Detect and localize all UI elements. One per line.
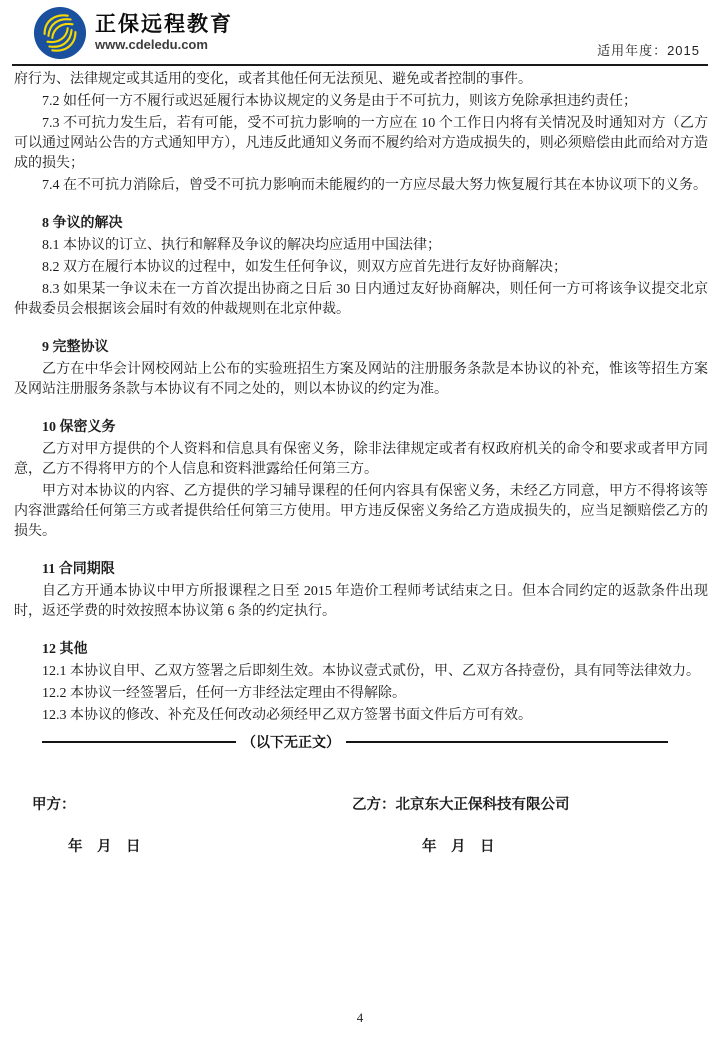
party-b-date-line: 年 月 日 [352, 837, 720, 857]
brand-name: 正保远程教育 [95, 13, 233, 37]
paragraph: 7.4 在不可抗力消除后，曾受不可抗力影响而未能履约的一方应尽最大努力恢复履行其… [14, 176, 708, 196]
section-heading: 12 其他 [14, 640, 708, 660]
paragraph: 7.3 不可抗力发生后，若有可能，受不可抗力影响的一方应在 10 个工作日内将有… [14, 114, 708, 174]
separator-line-left [42, 741, 236, 743]
brand-logo-icon [33, 6, 87, 60]
signature-section: 甲方： 乙方：北京东大正保科技有限公司 年 月 日 年 月 日 [0, 795, 720, 857]
document-body: 府行为、法律规定或其适用的变化，或者其他任何无法预见、避免或者控制的事件。7.2… [14, 70, 708, 726]
page-number: 4 [0, 1010, 720, 1026]
party-a-date-line: 年 月 日 [0, 837, 352, 857]
brand-url: www.cdeledu.com [95, 37, 233, 53]
party-a-label: 甲方： [0, 795, 352, 815]
section-heading: 9 完整协议 [14, 338, 708, 358]
paragraph: 7.2 如任何一方不履行或迟延履行本协议规定的义务是由于不可抗力，则该方免除承担… [14, 92, 708, 112]
end-of-text-separator: （以下无正文） [42, 732, 708, 752]
paragraph: 甲方对本协议的内容、乙方提供的学习辅导课程的任何内容具有保密义务，未经乙方同意，… [14, 482, 708, 542]
applicable-year-label: 适用年度：2015 [597, 40, 700, 59]
paragraph: 乙方在中华会计网校网站上公布的实验班招生方案及网站的注册服务条款是本协议的补充，… [14, 360, 708, 400]
paragraph: 8.3 如果某一争议未在一方首次提出协商之日后 30 日内通过友好协商解决，则任… [14, 280, 708, 320]
brand-text: 正保远程教育 www.cdeledu.com [95, 13, 233, 53]
section-heading: 8 争议的解决 [14, 214, 708, 234]
paragraph: 12.1 本协议自甲、乙双方签署之后即刻生效。本协议壹式贰份，甲、乙双方各持壹份… [14, 662, 708, 682]
signature-dates-row: 年 月 日 年 月 日 [0, 837, 720, 857]
section-heading: 10 保密义务 [14, 418, 708, 438]
paragraph: 府行为、法律规定或其适用的变化，或者其他任何无法预见、避免或者控制的事件。 [14, 70, 708, 90]
paragraph: 12.2 本协议一经签署后，任何一方非经法定理由不得解除。 [14, 684, 708, 704]
party-b-label: 乙方：北京东大正保科技有限公司 [352, 795, 720, 815]
signature-parties-row: 甲方： 乙方：北京东大正保科技有限公司 [0, 795, 720, 815]
paragraph: 8.1 本协议的订立、执行和解释及争议的解决均应适用中国法律； [14, 236, 708, 256]
paragraph: 自乙方开通本协议中甲方所报课程之日至 2015 年造价工程师考试结束之日。但本合… [14, 582, 708, 622]
paragraph: 12.3 本协议的修改、补充及任何改动必须经甲乙双方签署书面文件后方可有效。 [14, 706, 708, 726]
paragraph: 8.2 双方在履行本协议的过程中，如发生任何争议，则双方应首先进行友好协商解决； [14, 258, 708, 278]
contract-page: 正保远程教育 www.cdeledu.com 适用年度：2015 府行为、法律规… [0, 0, 720, 1038]
separator-line-right [346, 741, 668, 743]
section-heading: 11 合同期限 [14, 560, 708, 580]
end-of-text-marker: （以下无正文） [236, 732, 346, 752]
brand-logo: 正保远程教育 www.cdeledu.com [33, 6, 233, 60]
paragraph: 乙方对甲方提供的个人资料和信息具有保密义务，除非法律规定或者有权政府机关的命令和… [14, 440, 708, 480]
document-header: 正保远程教育 www.cdeledu.com 适用年度：2015 [12, 0, 708, 66]
